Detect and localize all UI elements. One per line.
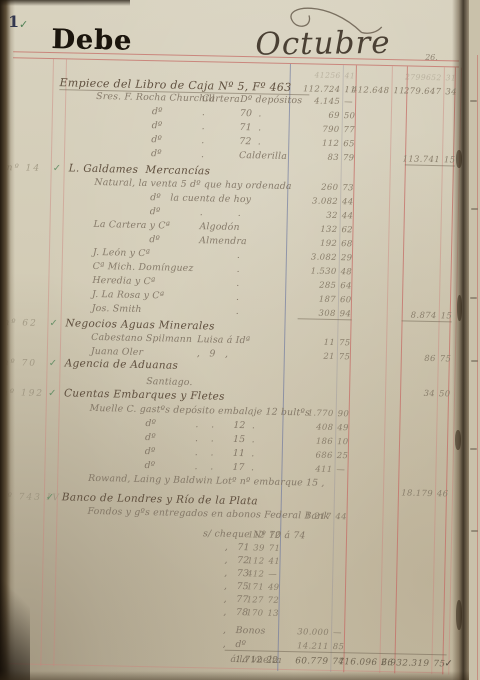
amount-units-a: 186 bbox=[253, 434, 333, 446]
amount-cents-c: 50 bbox=[439, 388, 455, 398]
amount-cents-c: 34 bbox=[445, 86, 461, 96]
amount-units-a: 11 bbox=[255, 335, 335, 347]
amount-units-sub: 171 bbox=[184, 580, 264, 592]
amount-units-a: 790 bbox=[260, 122, 340, 134]
section-heading: Agencia de Aduanas bbox=[65, 357, 179, 371]
amount-units-a: 285 bbox=[256, 278, 336, 290]
ledger-row-right: 15 . bbox=[233, 434, 255, 445]
amount-units-sub: 112 bbox=[185, 528, 265, 540]
pencil-underline bbox=[402, 320, 452, 322]
amount-units-c: 18.179 bbox=[353, 486, 433, 498]
amount-cents-a: 25 bbox=[337, 450, 353, 460]
amount-cents-a: 10 bbox=[337, 436, 353, 446]
ledger-row-text: Santiago. bbox=[146, 376, 193, 388]
amount-units-c: 2.932.319 bbox=[349, 657, 429, 669]
amount-units-a: 1.530 bbox=[257, 264, 337, 276]
ledger-row-text: dº bbox=[145, 446, 156, 457]
ledger-row-mid: Cartera bbox=[202, 93, 240, 105]
amount-units-a: 3.082 bbox=[257, 250, 337, 262]
ledger-row-right: 11 . bbox=[233, 448, 255, 459]
binding-stain bbox=[457, 295, 462, 321]
ledger-row-text: Cª Mich. Domínguez bbox=[93, 261, 194, 274]
amount-cents-a: 79 bbox=[343, 152, 359, 162]
binding-stain bbox=[456, 600, 462, 630]
section-heading: Negocios Aguas Minerales bbox=[65, 317, 215, 332]
amount-units-c: 8.874 bbox=[357, 308, 437, 320]
amount-cents-a: — bbox=[336, 464, 352, 474]
amount-cents-a: 73 bbox=[342, 182, 358, 192]
amount-cents-c: 15 bbox=[441, 310, 457, 320]
amount-cents-a: 62 bbox=[341, 224, 357, 234]
amount-units-c: 2799652 bbox=[362, 72, 442, 83]
amount-units-a: 408 bbox=[253, 420, 333, 432]
amount-cents-sub: 71 bbox=[269, 543, 285, 553]
amount-units-a: 686 bbox=[253, 448, 333, 460]
amount-units-sub: 412 bbox=[184, 567, 264, 579]
amount-cents-sub: 12 bbox=[269, 530, 285, 540]
section-heading: Cuentas Embarques y Fletes bbox=[64, 387, 225, 402]
amount-cents-a: 44 bbox=[335, 511, 351, 521]
amount-cents-a: 44 bbox=[342, 196, 358, 206]
binding-stain bbox=[455, 430, 461, 450]
totals-check-mark: ✓ bbox=[444, 658, 453, 669]
margin-folio-ref: nº 14 bbox=[7, 163, 42, 174]
amount-cents-a: 75 bbox=[339, 337, 355, 347]
amount-units-a: 69 bbox=[260, 108, 340, 120]
amount-units-a: 132 bbox=[257, 222, 337, 234]
ledger-row-mid: . . bbox=[194, 461, 213, 472]
ledger-row-text: Sres. F. Rocha Churchill bbox=[96, 91, 215, 104]
folio-number: 1 bbox=[8, 12, 19, 31]
ledger-row-text: J. León y Cª bbox=[93, 247, 150, 259]
ledger-row-text: Cabestano Spilmann bbox=[91, 332, 192, 345]
amount-units-a: 4.145 bbox=[260, 94, 340, 106]
amount-cents-a: 29 bbox=[341, 252, 357, 262]
amount-units-c: 34 bbox=[355, 386, 435, 398]
ledger-row-right: 71 . bbox=[239, 122, 261, 133]
ledger-row-right: 70 . bbox=[240, 108, 262, 119]
ledger-row-mid: Almendra bbox=[199, 235, 247, 247]
amount-cents-a: 68 bbox=[341, 238, 357, 248]
folio-check-icon: ✓ bbox=[19, 18, 28, 31]
amount-cents-sub: 13 bbox=[267, 608, 283, 618]
amount-units-c: 86 bbox=[356, 351, 436, 363]
amount-cents-a: 49 bbox=[337, 422, 353, 432]
facing-page-mark bbox=[470, 448, 477, 450]
amount-cents-a: 64 bbox=[340, 280, 356, 290]
ledger-sheet: Debe Octubre 26. 4125641279965231Empiece… bbox=[0, 0, 480, 680]
ledger-row-right: 17 . bbox=[232, 462, 254, 473]
amount-cents-sub: 41 bbox=[268, 556, 284, 566]
ledger-row-text: dº bbox=[145, 432, 156, 443]
ledger-row-text: dº bbox=[149, 234, 160, 245]
ledger-row-mid: . . bbox=[195, 433, 214, 444]
amount-cents-a: 44 bbox=[342, 210, 358, 220]
amount-cents-c: 75 bbox=[440, 353, 456, 363]
head-rule-upper bbox=[13, 51, 459, 62]
tick-mark: ✓ bbox=[53, 163, 62, 174]
ledger-row-text: dº bbox=[151, 134, 162, 145]
ledger-row-text: , dº bbox=[223, 639, 247, 650]
ledger-row-right: . bbox=[238, 208, 241, 219]
amount-units-a: 308 bbox=[256, 306, 336, 318]
amount-cents-a: 85 bbox=[333, 641, 349, 651]
ledger-row-text: dº la cuenta de hoy bbox=[150, 192, 251, 205]
tick-mark: ✓ bbox=[48, 388, 57, 399]
amount-cents-sub: — bbox=[268, 569, 284, 579]
amount-units-c: 113.741 bbox=[360, 152, 440, 164]
ledger-entries: 4125641279965231Empiece del Libro de Caj… bbox=[6, 0, 480, 5]
margin-folio-ref: nº 70 bbox=[3, 358, 38, 369]
ledger-row-text: La Cartera y Cª bbox=[93, 219, 170, 232]
section-heading: L. Galdames Mercancías bbox=[69, 162, 211, 177]
ledger-row-text: Heredia y Cª bbox=[92, 275, 155, 287]
amount-cents-a: 50 bbox=[344, 110, 360, 120]
amount-units-sub: 112 bbox=[184, 554, 264, 566]
amount-units-a: 1.217 bbox=[251, 509, 331, 521]
ledger-row-text: dº bbox=[151, 148, 162, 159]
amount-units-a: 112 bbox=[259, 136, 339, 148]
ledger-row-mid: . . bbox=[195, 419, 214, 430]
ledger-page-photo: Debe Octubre 26. 4125641279965231Empiece… bbox=[0, 0, 480, 680]
ledger-row-right: 12 . bbox=[233, 420, 255, 431]
ledger-row-right: . bbox=[236, 306, 239, 317]
ledger-row-mid: . bbox=[201, 149, 204, 160]
ledger-row-right: . bbox=[236, 278, 239, 289]
amount-units-sub: 127 bbox=[184, 593, 264, 605]
tick-mark: ✓ bbox=[49, 358, 58, 369]
ledger-row-mid: . bbox=[200, 207, 203, 218]
amount-units-a: 260 bbox=[258, 180, 338, 192]
amount-cents-c: 31 bbox=[446, 73, 462, 82]
amount-cents-a: 65 bbox=[343, 138, 359, 148]
ledger-row-text: Rowand, Laing y Baldwin Lotº nº embarque… bbox=[88, 473, 325, 489]
amount-cents-a: 48 bbox=[341, 266, 357, 276]
amount-cents-a: 90 bbox=[338, 408, 354, 418]
ledger-row-mid: Algodón bbox=[199, 221, 239, 233]
ledger-row-mid: , 9 , bbox=[197, 348, 229, 360]
amount-units-c: 279.647 bbox=[361, 84, 441, 96]
amount-cents-a: 41 bbox=[345, 71, 361, 80]
amount-units-a: 3.082 bbox=[258, 194, 338, 206]
ledger-row-right: . bbox=[236, 292, 239, 303]
ledger-row-text: dº bbox=[145, 418, 156, 429]
ledger-row-mid: Luisa á Idª bbox=[197, 334, 250, 346]
amount-cents-a: — bbox=[344, 96, 360, 106]
ledger-row-text: dº bbox=[152, 120, 163, 131]
tick-mark: ✓ bbox=[46, 492, 55, 503]
ledger-row-text: dº bbox=[152, 106, 163, 117]
amount-units-a: 83 bbox=[259, 150, 339, 162]
ledger-row-right: . bbox=[237, 250, 240, 261]
pencil-underline bbox=[298, 318, 352, 320]
pencil-underline bbox=[405, 164, 455, 166]
ledger-row-mid: . bbox=[201, 135, 204, 146]
amount-cents-sub: 72 bbox=[268, 595, 284, 605]
ledger-row-text: dº bbox=[150, 206, 161, 217]
amount-cents-a: 94 bbox=[340, 308, 356, 318]
amount-cents-a: 60 bbox=[340, 294, 356, 304]
amount-units-sub: 39 bbox=[185, 541, 265, 553]
ledger-row-right: . bbox=[237, 264, 240, 275]
facing-page-mark bbox=[470, 297, 477, 299]
ledger-row-mid: . bbox=[202, 107, 205, 118]
binding-stain bbox=[456, 150, 462, 168]
margin-folio-ref: nº 192 bbox=[2, 388, 44, 399]
ledger-row-mid: . bbox=[202, 121, 205, 132]
amount-units-a: 411 bbox=[252, 462, 332, 474]
tick-mark: ✓ bbox=[49, 318, 58, 329]
ledger-row-mid: . . bbox=[195, 447, 214, 458]
ledger-row-text: Juana Oler bbox=[91, 346, 144, 358]
amount-units-a: 187 bbox=[256, 292, 336, 304]
amount-units-a: 41256 bbox=[261, 69, 341, 80]
amount-units-a: 14.211 bbox=[249, 639, 329, 651]
facing-page-mark bbox=[470, 100, 477, 102]
amount-cents-c: 46 bbox=[437, 488, 453, 498]
amount-units-a: 32 bbox=[258, 208, 338, 220]
facing-page-mark bbox=[471, 360, 478, 362]
amount-units-sub: 170 bbox=[183, 606, 263, 618]
amount-units-a: 1.770 bbox=[254, 406, 334, 418]
ledger-row-right: 72 . bbox=[239, 136, 261, 147]
amount-cents-a: 75 bbox=[339, 351, 355, 361]
amount-cents-a: 77 bbox=[343, 124, 359, 134]
amount-units-a: 30.000 bbox=[249, 625, 329, 637]
ledger-row-text: J. La Rosa y Cª bbox=[92, 289, 164, 302]
amount-units-a: 21 bbox=[255, 349, 335, 361]
amount-cents-sub: 49 bbox=[268, 582, 284, 592]
facing-page-mark bbox=[471, 208, 478, 210]
facing-page-mark bbox=[471, 530, 478, 532]
ledger-row-text: Jos. Smith bbox=[92, 303, 142, 315]
amount-cents-a: — bbox=[333, 627, 349, 637]
amount-units-a: 192 bbox=[257, 236, 337, 248]
ledger-row-text: dº bbox=[144, 460, 155, 471]
margin-folio-ref: nº 62 bbox=[3, 318, 38, 329]
